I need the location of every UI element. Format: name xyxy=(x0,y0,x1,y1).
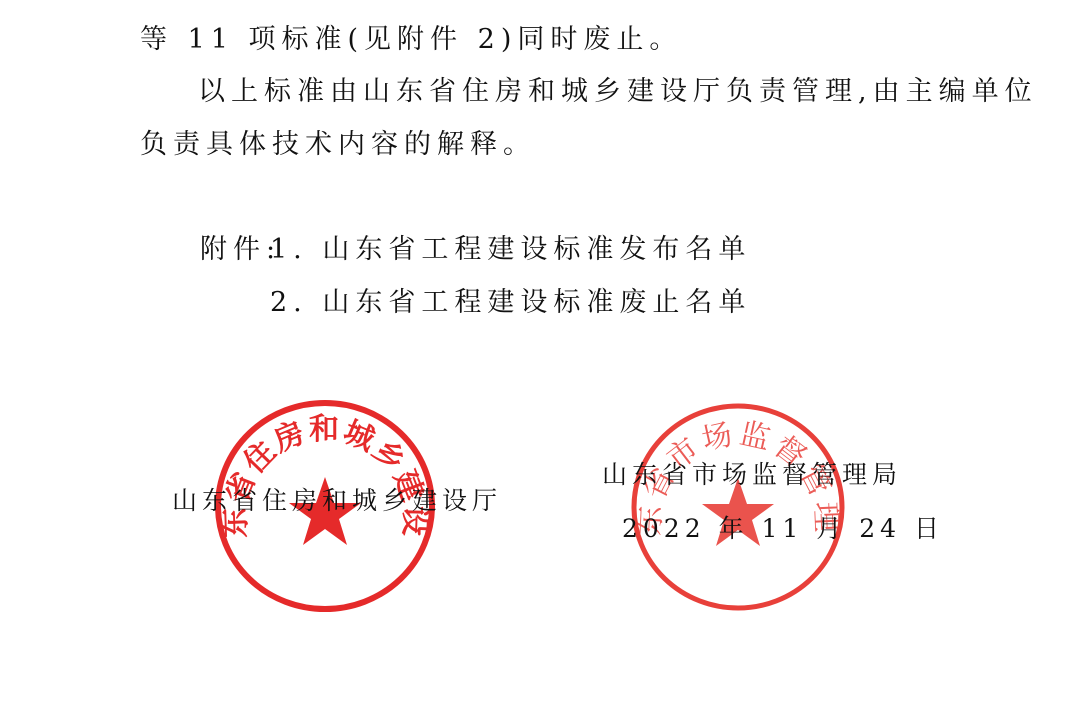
paragraph-2: 以上标准由山东省住房和城乡建设厅负责管理,由主编单位 xyxy=(198,78,1038,105)
paragraph-3: 负责具体技术内容的解释。 xyxy=(140,131,536,158)
paragraph-1: 等 11 项标准(见附件 2)同时废止。 xyxy=(140,26,682,53)
signature-date: 2022 年 11 月 24 日 xyxy=(622,516,944,541)
signature-right-org: 山东省市场监督管理局 xyxy=(602,462,902,487)
official-seal-market-supervision: 山东省市场监督管理局 xyxy=(627,400,849,614)
attachment-item-1: 1. 山东省工程建设标准发布名单 xyxy=(270,236,751,263)
signature-left-org: 山东省住房和城乡建设厅 xyxy=(172,488,502,513)
attachment-item-2: 2. 山东省工程建设标准废止名单 xyxy=(270,289,751,316)
attachment-label: 附件: xyxy=(200,236,281,263)
